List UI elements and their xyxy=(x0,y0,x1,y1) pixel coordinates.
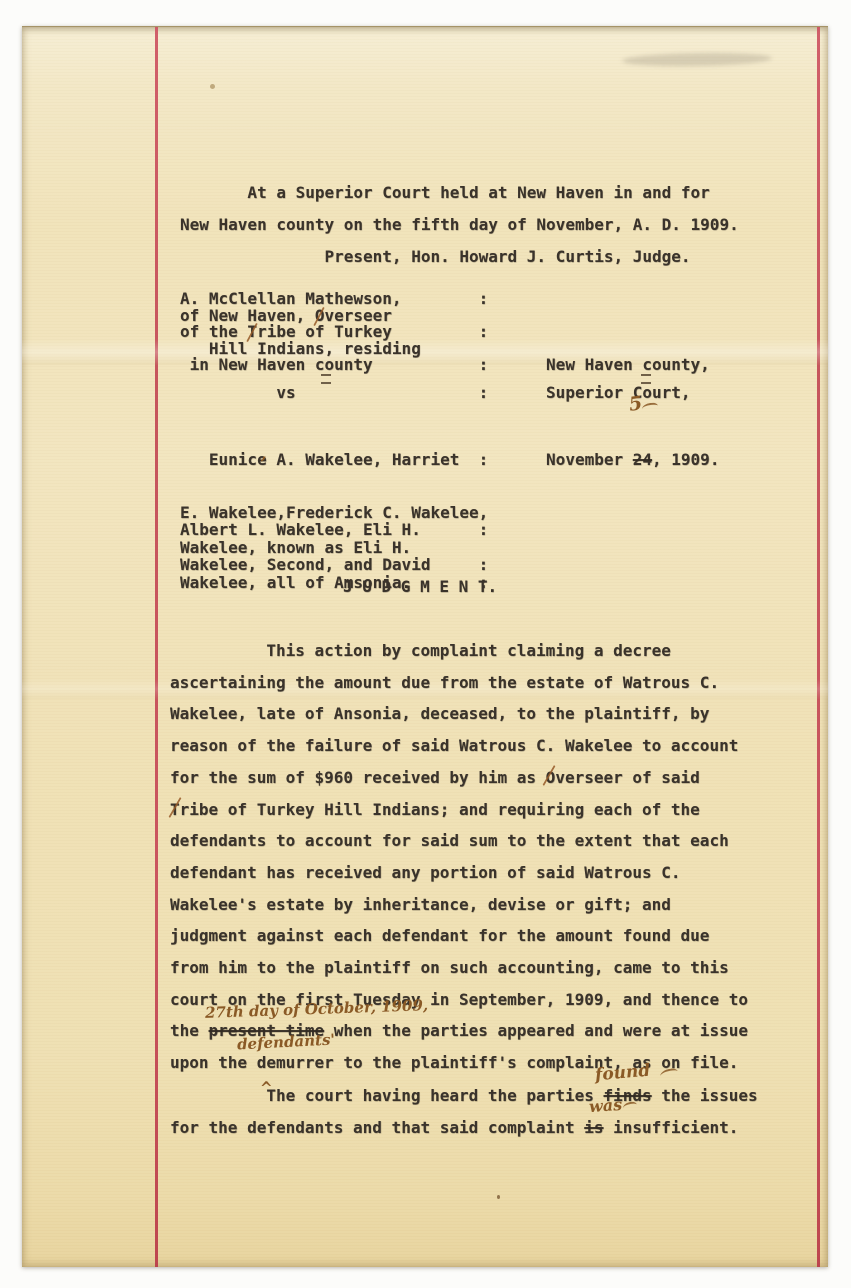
typed-text: , 1909. xyxy=(652,450,719,469)
smudge-mark xyxy=(622,52,772,68)
document-page: At a Superior Court held at New Haven in… xyxy=(22,26,828,1267)
typed-text: when the parties appeared and were at is… xyxy=(324,1021,748,1040)
body-line-demurrer: upon the demurrer to the plaintiff's com… xyxy=(170,1047,738,1079)
typed-line: for the sum of $960 received by him as O… xyxy=(170,762,748,794)
handwritten-inserted-comma: , xyxy=(261,444,267,463)
typed-line: New Haven county on the fifth day of Nov… xyxy=(180,209,739,241)
capitalize-mark-county-left xyxy=(321,374,331,384)
pen-flourish xyxy=(642,402,659,413)
typed-line: E. Wakelee,Frederick C. Wakelee, xyxy=(180,504,719,522)
right-margin-rule xyxy=(817,27,820,1267)
typed-line: Present, Hon. Howard J. Curtis, Judge. xyxy=(180,241,739,273)
typed-line: Wakelee, known as Eli H. xyxy=(180,539,719,557)
judgment-heading: J U D G M E N T. xyxy=(343,577,497,597)
typed-line: judgment against each defendant for the … xyxy=(170,920,748,952)
court-session-header: At a Superior Court held at New Haven in… xyxy=(180,177,739,273)
typed-line: Wakelee, Second, and David : xyxy=(180,556,719,574)
typed-line: Wakelee, late of Ansonia, deceased, to t… xyxy=(170,698,748,730)
typed-line: This action by complaint claiming a decr… xyxy=(170,635,748,667)
typed-text: Eunice A. Wakelee, Harriet : November xyxy=(180,450,633,469)
paper-speck xyxy=(210,84,215,89)
body-line-insufficient: for the defendants and that said complai… xyxy=(170,1112,738,1144)
typed-line: in New Haven county : New Haven county, xyxy=(180,357,710,374)
struck-text-24: 24 xyxy=(633,450,652,469)
pen-flourish xyxy=(622,1101,637,1112)
typed-line: from him to the plaintiff on such accoun… xyxy=(170,952,748,984)
typed-line: Albert L. Wakelee, Eli H. : xyxy=(180,521,719,539)
typed-line: reason of the failure of said Watrous C.… xyxy=(170,730,748,762)
typed-line: ascertaining the amount due from the est… xyxy=(170,667,748,699)
typed-line: defendants to account for said sum to th… xyxy=(170,825,748,857)
typed-text: The court having heard the parties xyxy=(170,1086,603,1105)
struck-text-is: is xyxy=(584,1118,603,1137)
typed-line: defendant has received any portion of sa… xyxy=(170,857,748,889)
typed-text: the issues xyxy=(652,1086,758,1105)
paper-speck xyxy=(497,1195,500,1199)
left-margin-rule xyxy=(155,27,158,1267)
typed-text: insufficient. xyxy=(603,1118,738,1137)
typed-text: for the defendants and that said complai… xyxy=(170,1118,584,1137)
handwritten-day-correction: 5 xyxy=(628,392,644,416)
typed-line: At a Superior Court held at New Haven in… xyxy=(180,177,739,209)
body-line-finds: The court having heard the parties finds… xyxy=(170,1080,758,1112)
typed-text: the xyxy=(170,1021,209,1040)
caption-vs-row: vs : Superior Court, xyxy=(180,385,691,402)
capitalize-mark-county-right xyxy=(641,374,651,384)
judgment-body: This action by complaint claiming a decr… xyxy=(170,635,748,1015)
typed-line: Wakelee's estate by inheritance, devise … xyxy=(170,889,748,921)
caption-plaintiff-block: A. McClellan Mathewson, :of New Haven, O… xyxy=(180,291,710,374)
typed-line: Tribe of Turkey Hill Indians; and requir… xyxy=(170,794,748,826)
scanned-document-background: At a Superior Court held at New Haven in… xyxy=(0,0,851,1288)
